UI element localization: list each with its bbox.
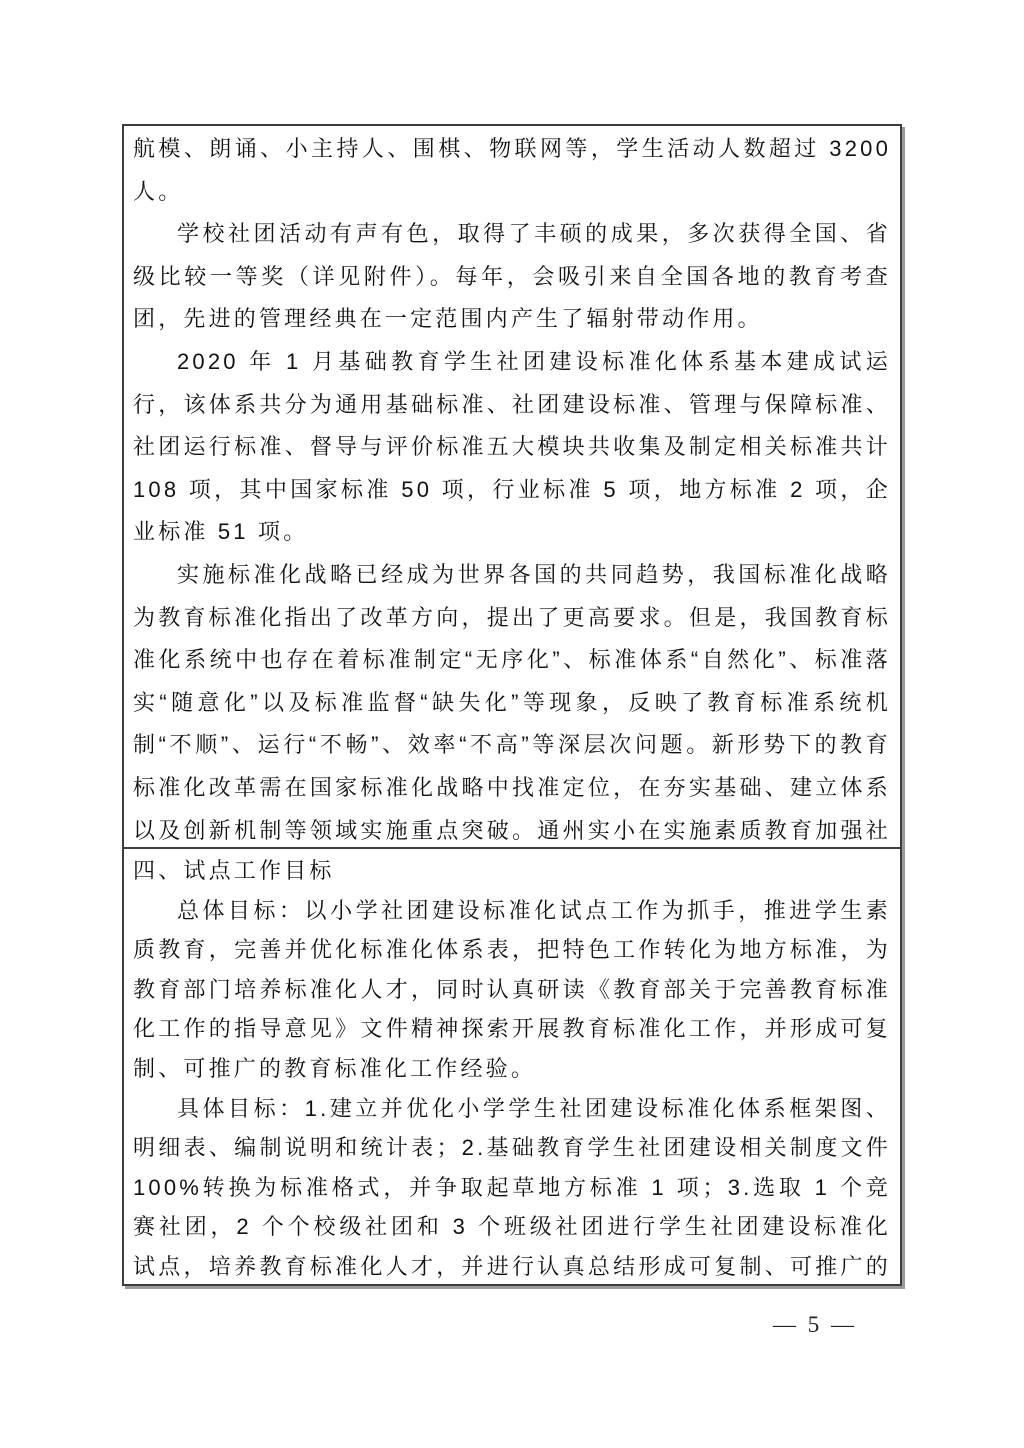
page-number: — 5 — — [755, 1312, 875, 1338]
paragraph-continuation: 航模、朗诵、小主持人、围棋、物联网等，学生活动人数超过 3200 人。 — [133, 128, 891, 213]
paragraph-club-achievements: 学校社团活动有声有色，取得了丰硕的成果，多次获得全国、省级比较一等奖（详见附件）… — [133, 213, 891, 341]
section-heading-pilot-goals: 四、试点工作目标 — [133, 851, 891, 891]
content-table: 航模、朗诵、小主持人、围棋、物联网等，学生活动人数超过 3200 人。 学校社团… — [122, 124, 902, 1286]
paragraph-specific-goals: 具体目标：1.建立并优化小学学生社团建设标准化体系框架图、明细表、编制说明和统计… — [133, 1089, 891, 1284]
paragraph-standard-system: 2020 年 1 月基础教育学生社团建设标准化体系基本建成试运行，该体系共分为通… — [133, 341, 891, 554]
document-page: 航模、朗诵、小主持人、围棋、物联网等，学生活动人数超过 3200 人。 学校社团… — [0, 0, 1024, 1448]
table-cell-bottom: 四、试点工作目标 总体目标：以小学社团建设标准化试点工作为抓手，推进学生素质教育… — [124, 849, 900, 1284]
paragraph-overall-goal: 总体目标：以小学社团建设标准化试点工作为抓手，推进学生素质教育，完善并优化标准化… — [133, 891, 891, 1089]
paragraph-standardization-strategy: 实施标准化战略已经成为世界各国的共同趋势，我国标准化战略为教育标准化指出了改革方… — [133, 554, 891, 849]
table-cell-top: 航模、朗诵、小主持人、围棋、物联网等，学生活动人数超过 3200 人。 学校社团… — [124, 126, 900, 849]
